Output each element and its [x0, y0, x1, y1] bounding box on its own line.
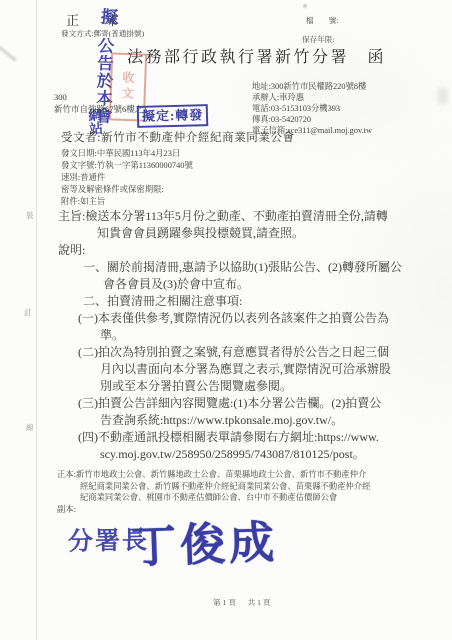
- agency-address: 地址:300新竹市民權路220號8樓: [252, 81, 372, 92]
- issue-date: 發文日期:中華民國113年4月23日: [61, 148, 193, 160]
- original-recipients-line-1: 正本:新竹市地政士公會、新竹縣地政士公會、苗栗縣地政士公會、新竹市不動產仲介: [57, 469, 452, 481]
- original-recipients-line-2: 經紀商業同業公會、新竹縣不動產仲介經紀商業同業公會、苗栗縣不動產仲介經: [80, 481, 452, 493]
- binding-mark-ding: 訂: [24, 307, 32, 318]
- file-number-label: 檔 號:: [306, 15, 338, 26]
- recipient-street: 新竹市自強路67號6樓之1: [54, 103, 148, 115]
- scan-smudge: [438, 88, 448, 104]
- recipient-line: 受文者:新竹市不動產仲介經紀商業同業公會: [61, 129, 295, 145]
- note-item-1: (一)本表僅供參考,實際情況仍以表列各該案件之拍賣公告為: [78, 310, 452, 327]
- letter-body: 主旨:檢送本分署113年5月份之動產、不動產拍賣清冊全份,請轉 知貴會會員踴躍參…: [0, 208, 452, 463]
- attachment-note: 附件:如主旨: [61, 196, 193, 208]
- priority: 速別:普通件: [61, 172, 193, 184]
- received-stamp-text: 收文: [119, 71, 137, 104]
- agency-fax: 傳真:03-5420720: [252, 114, 372, 125]
- note-item-2: (二)拍次為特別拍賣之案號,有意應買者得於公告之日起三個: [78, 344, 452, 361]
- binding-mark-xian: 線: [26, 422, 34, 433]
- page-number: 第1頁 共1頁: [213, 597, 273, 608]
- classification: 密等及解密條件或保密期限:: [61, 184, 193, 196]
- agency-phone: 電話:03-5153103分機393: [252, 103, 372, 114]
- explanation-item-2: 二、拍賣清冊之相關注意事項:: [83, 293, 452, 310]
- note-item-4: (四)不動產通訊投標相關表單請參閱右方網址:https://www.: [78, 429, 452, 446]
- explanation-item-1: 一、關於前揭清冊,惠請予以協助(1)張貼公告、(2)轉發所屬公: [83, 259, 452, 276]
- issue-number: 發文字號:竹執一字第11360000740號: [61, 160, 193, 172]
- scan-smudge: [0, 46, 17, 62]
- original-recipients-line-3: 紀商業同業公會、桃園市不動產估價師公會、台中市不動產估價師公會: [80, 492, 452, 504]
- note-item-2-cont-b: 別或至本分署拍賣公告閱覽處參閱。: [100, 378, 452, 395]
- note-item-3-cont: 告查詢系統:https://www.tpkonsale.moj.gov.tw/。: [100, 412, 452, 429]
- signer-name-signature: 丁俊成: [130, 505, 279, 575]
- note-item-3: (三)拍賣公告詳細內容閱覽處:(1)本分署公告欄。(2)拍賣公: [78, 395, 452, 412]
- document-meta-block: 發文日期:中華民國113年4月23日 發文字號:竹執一字第11360000740…: [61, 148, 193, 208]
- subject-line: 主旨:檢送本分署113年5月份之動產、不動產拍賣清冊全份,請轉: [58, 208, 452, 225]
- scanned-official-letter: 正 本 發文方式:郵寄(普通掛號) 檔 號: 保存年限: 擬 公告於本會 網站 …: [0, 0, 452, 640]
- note-item-1-cont: 準。: [100, 327, 452, 344]
- document-title: 法務部行政執行署新竹分署 函: [127, 44, 386, 67]
- subject-line-cont: 知貴會會員踴躍參與投標競買,請查照。: [97, 225, 452, 242]
- approval-stamp: 擬定:轉發: [137, 104, 209, 128]
- recipient-zip: 300: [54, 92, 67, 102]
- note-item-2-cont-a: 月內以書面向本分署為應買之表示,實際情況可洽承辦股: [100, 361, 452, 378]
- binding-mark-zhuang: 裝: [26, 210, 34, 221]
- handwritten-draft-char: 擬: [100, 2, 119, 28]
- note-item-4-cont: scy.moj.gov.tw/258950/258995/743087/8101…: [100, 446, 452, 463]
- scan-smudge: [303, 4, 307, 8]
- explanation-header: 說明:: [58, 242, 452, 259]
- agency-contact-person: 承辦人:車玲惠: [252, 92, 372, 103]
- agency-contact-block: 地址:300新竹市民權路220號8樓 承辦人:車玲惠 電話:03-5153103…: [252, 81, 372, 136]
- explanation-item-1-cont: 會各會員及(3)於會中宣布。: [103, 276, 452, 293]
